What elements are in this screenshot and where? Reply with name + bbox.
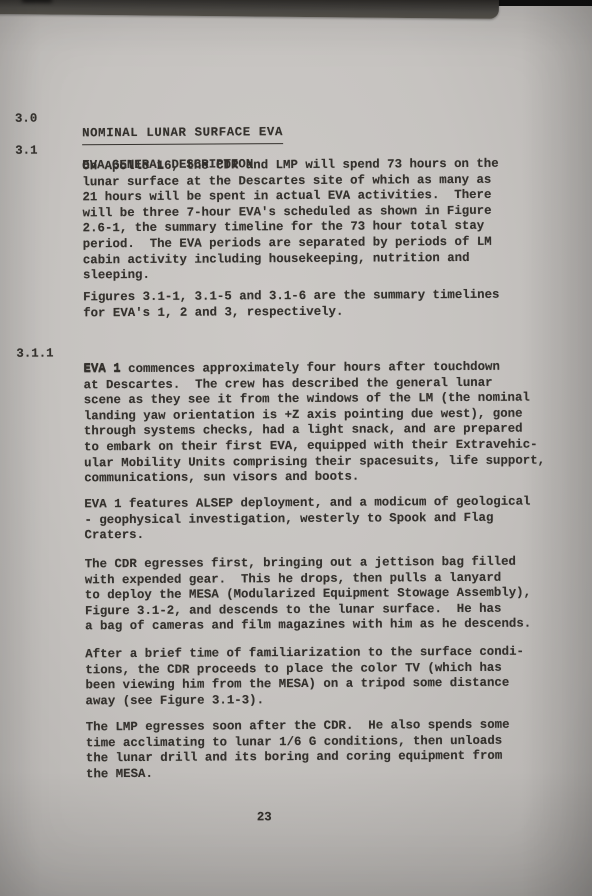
paragraph-color-tv: After a brief time of familiarization to… (85, 644, 563, 709)
typewritten-content: 3.0 NOMINAL LUNAR SURFACE EVA 3.1 EVA GE… (0, 0, 592, 896)
section-number: 3.0 (15, 111, 37, 127)
paragraph-eva1-features: EVA 1 features ALSEP deployment, and a m… (84, 494, 562, 544)
paragraph-eva-overview: On Apollo 16, the CDR and LMP will spend… (82, 156, 561, 284)
paragraph-figures-list: Figures 3.1-1, 3.1-5 and 3.1-6 are the s… (83, 287, 561, 321)
paragraph-cdr-egresses: The CDR egresses first, bringing out a j… (85, 554, 563, 635)
section-number: 3.1.1 (16, 346, 53, 362)
section-number: 3.1 (15, 143, 37, 159)
paragraph-lmp-egresses: The LMP egresses soon after the CDR. He … (86, 717, 564, 782)
scanned-document-page: 3.0 NOMINAL LUNAR SURFACE EVA 3.1 EVA GE… (0, 0, 592, 896)
page-number: 23 (86, 809, 442, 827)
paragraph-eva1-commences: EVA 1 commences approximately four hours… (83, 359, 562, 487)
